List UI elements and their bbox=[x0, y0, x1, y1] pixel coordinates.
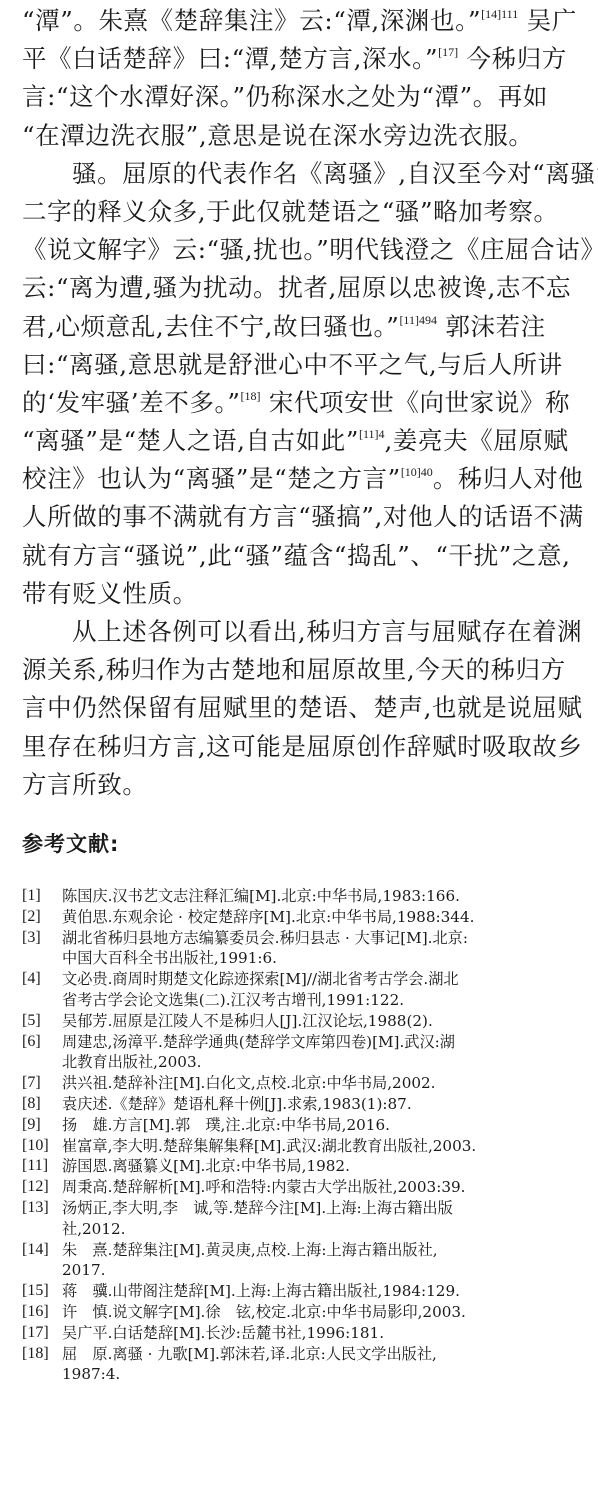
reference-item: [12]周秉高.楚辞解析[M].呼和浩特:内蒙古大学出版社,2003:39. bbox=[22, 1177, 592, 1198]
reference-item: [9]扬 雄.方言[M].郭 璞,注.北京:中华书局,2016. bbox=[22, 1115, 592, 1136]
citation: [11]4 bbox=[359, 427, 385, 441]
reference-item: [18]屈 原.离骚 · 九歌[M].郭沫若,译.北京:人民文学出版社,1987… bbox=[22, 1344, 592, 1386]
text-line: 校注》也认为“离骚”是“楚之方言”[10]40。秭归人对他 bbox=[22, 460, 582, 498]
reference-item: [6]周建忠,汤漳平.楚辞学通典(楚辞学文库第四卷)[M].武汉:湖北教育出版社… bbox=[22, 1032, 592, 1074]
text-line: 《说文解字》云:“骚,扰也。”明代钱澄之《庄屈合诂》 bbox=[22, 231, 582, 269]
text-line: 就有方言“骚说”,此“骚”蕴含“捣乱”、“干扰”之意, bbox=[22, 537, 582, 575]
reference-item: [11]游国恩.离骚纂义[M].北京:中华书局,1982. bbox=[22, 1156, 592, 1177]
citation: [17] bbox=[438, 45, 458, 59]
reference-item: [2]黄伯思.东观余论 · 校定楚辞序[M].北京:中华书局,1988:344. bbox=[22, 907, 592, 928]
text-line: 骚。屈原的代表作名《离骚》,自汉至今对“离骚” bbox=[22, 155, 582, 193]
reference-item: [17]吴广平.白话楚辞[M].长沙:岳麓书社,1996:181. bbox=[22, 1323, 592, 1344]
citation: [10]40 bbox=[401, 465, 433, 479]
text-line: 人所做的事不满就有方言“骚搞”,对他人的话语不满 bbox=[22, 498, 582, 536]
text-line: 曰:“离骚,意思就是舒泄心中不平之气,与后人所讲 bbox=[22, 346, 582, 384]
reference-item: [15]蒋 骥.山带阁注楚辞[M].上海:上海古籍出版社,1984:129. bbox=[22, 1281, 592, 1302]
text-line: “潭”。朱熹《楚辞集注》云:“潭,深渊也。”[14]111 吴广 bbox=[22, 2, 582, 40]
reference-list: [1]陈国庆.汉书艺文志注释汇编[M].北京:中华书局,1983:166. [2… bbox=[22, 886, 592, 1385]
reference-item: [3]湖北省秭归县地方志编纂委员会.秭归县志 · 大事记[M].北京:中国大百科… bbox=[22, 928, 592, 970]
text-line: 带有贬义性质。 bbox=[22, 575, 582, 613]
text-line: 言:“这个水潭好深。”仍称深水之处为“潭”。再如 bbox=[22, 78, 582, 116]
text-line: 君,心烦意乱,去住不宁,故曰骚也。”[11]494 郭沫若注 bbox=[22, 308, 582, 346]
citation: [18] bbox=[240, 389, 260, 403]
reference-item: [13]汤炳正,李大明,李 诚,等.楚辞今注[M].上海:上海古籍出版社,201… bbox=[22, 1198, 592, 1240]
text-line: 里存在秭归方言,这可能是屈原创作辞赋时吸取故乡 bbox=[22, 728, 582, 766]
text-line: 源关系,秭归作为古楚地和屈原故里,今天的秭归方 bbox=[22, 651, 582, 689]
text-line: 的‘发牢骚’差不多。”[18] 宋代项安世《向世家说》称 bbox=[22, 384, 582, 422]
reference-item: [16]许 慎.说文解字[M].徐 铉,校定.北京:中华书局影印,2003. bbox=[22, 1302, 592, 1323]
text-line: 从上述各例可以看出,秭归方言与屈赋存在着渊 bbox=[22, 613, 582, 651]
text-line: 二字的释义众多,于此仅就楚语之“骚”略加考察。 bbox=[22, 193, 582, 231]
text-line: 言中仍然保留有屈赋里的楚语、楚声,也就是说屈赋 bbox=[22, 689, 582, 727]
text-line: 方言所致。 bbox=[22, 766, 582, 804]
reference-item: [8]袁庆述.《楚辞》楚语札释十例[J].求索,1983(1):87. bbox=[22, 1094, 592, 1115]
reference-item: [4]文必贵.商周时期楚文化踪迹探索[M]//湖北省考古学会.湖北省考古学会论文… bbox=[22, 969, 592, 1011]
reference-item: [7]洪兴祖.楚辞补注[M].白化文,点校.北京:中华书局,2002. bbox=[22, 1073, 592, 1094]
text-line: “在潭边洗衣服”,意思是说在深水旁边洗衣服。 bbox=[22, 117, 582, 155]
reference-item: [14]朱 熹.楚辞集注[M].黄灵庚,点校.上海:上海古籍出版社,2017. bbox=[22, 1240, 592, 1282]
text-line: 平《白话楚辞》曰:“潭,楚方言,深水。”[17] 今秭归方 bbox=[22, 40, 582, 78]
citation: [14]111 bbox=[481, 7, 518, 21]
citation: [11]494 bbox=[399, 313, 437, 327]
body-text: “潭”。朱熹《楚辞集注》云:“潭,深渊也。”[14]111 吴广 平《白话楚辞》… bbox=[22, 2, 582, 804]
text-line: 云:“离为遭,骚为扰动。扰者,屈原以忠被谗,志不忘 bbox=[22, 269, 582, 307]
reference-item: [1]陈国庆.汉书艺文志注释汇编[M].北京:中华书局,1983:166. bbox=[22, 886, 592, 907]
reference-item: [10]崔富章,李大明.楚辞集解集释[M].武汉:湖北教育出版社,2003. bbox=[22, 1136, 592, 1157]
references-heading: 参考文献: bbox=[22, 828, 119, 858]
reference-item: [5]吴郁芳.屈原是江陵人不是秭归人[J].江汉论坛,1988(2). bbox=[22, 1011, 592, 1032]
text-line: “离骚”是“楚人之语,自古如此”[11]4,姜亮夫《屈原赋 bbox=[22, 422, 582, 460]
